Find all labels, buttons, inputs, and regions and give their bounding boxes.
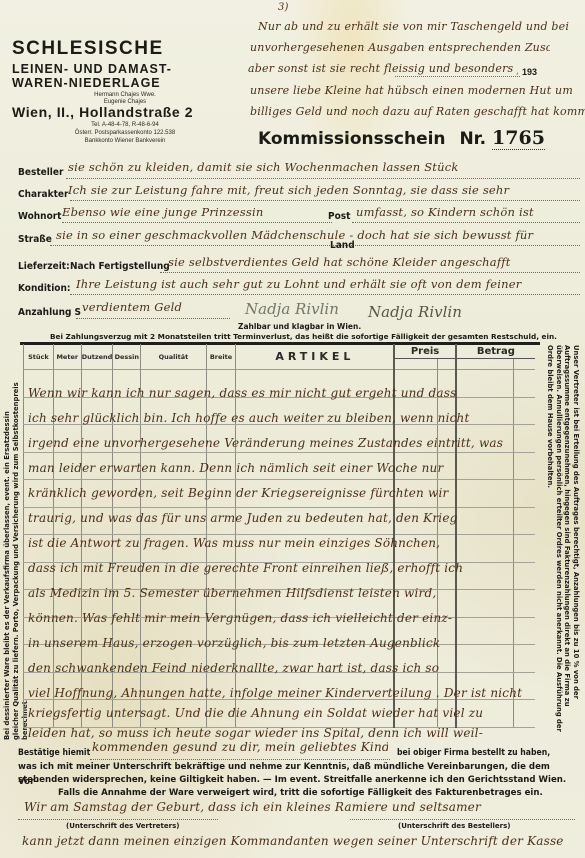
article-handwriting-line: traurig, und was das für uns arme Juden … xyxy=(28,511,533,525)
besteller-label: Besteller xyxy=(18,167,63,178)
lieferzeit-label: Lieferzeit: xyxy=(18,261,70,272)
col-header-meter: Meter xyxy=(53,344,81,370)
post-label: Post xyxy=(328,211,350,222)
strasse-line xyxy=(50,245,580,246)
article-handwriting-line: können. Was fehlt mir mein Vergnügen, da… xyxy=(28,611,533,625)
col-header-breite: Breite xyxy=(206,344,236,370)
col-header-preis: Preis xyxy=(394,344,455,359)
article-handwriting-line: dass ich mit Freuden in die gerechte Fro… xyxy=(28,561,533,575)
lieferzeit-line xyxy=(160,272,580,273)
wohnort-label: Wohnort xyxy=(18,211,62,222)
company-name: SCHLESISCHE xyxy=(12,38,164,60)
handwriting-line: unsere liebe Kleine hat hübsch einen mod… xyxy=(250,84,580,97)
company-address: Wien, II., Hollandstraße 2 xyxy=(12,104,193,120)
article-handwriting-line: leiden hat, so muss ich heute sogar wied… xyxy=(28,726,533,740)
bestatige-value: kommenden gesund zu dir, mein geliebtes … xyxy=(92,740,388,754)
caption-vertreter: (Unterschrift des Vertreters) xyxy=(66,822,179,830)
company-subtitle-2: WAREN-NIEDERLAGE xyxy=(12,76,161,90)
land-label: Land xyxy=(330,240,355,251)
form-title: Kommissionsschein Nr. 1765 xyxy=(258,127,545,149)
right-side-note: Unser Vertreter ist bei Erteilung des Au… xyxy=(546,345,580,735)
form-number-label: Nr. xyxy=(459,129,486,149)
kondition-line xyxy=(70,294,580,295)
handwriting-line: aber sonst ist sie recht fleissig und be… xyxy=(248,62,518,75)
signature: Nadja Rivlin xyxy=(368,303,462,321)
lieferzeit-value: Nach Fertigstellung xyxy=(70,261,170,272)
article-handwriting-line: ist die Antwort zu fragen. Was muss nur … xyxy=(28,536,533,550)
preis-sub-cents xyxy=(438,359,456,370)
besteller-signature-line xyxy=(350,819,575,820)
footer-handwriting-1: Wir am Samstag der Geburt, dass ich ein … xyxy=(24,800,580,814)
col-header-dessin: Dessin xyxy=(113,344,141,370)
col-header-qualitaet: Qualität xyxy=(141,344,206,370)
article-handwriting-line: irgend eine unvorhergesehene Veränderung… xyxy=(28,436,533,450)
post-value: umfasst, so Kindern schön ist xyxy=(356,205,580,219)
date-year-prefix: 193 xyxy=(522,67,537,77)
kondition-label: Kondition: xyxy=(18,283,70,294)
zahlbar-notice: Zahlbar und klagbar in Wien. xyxy=(238,322,361,331)
lieferzeit-note: sie selbstverdientes Geld hat schöne Kle… xyxy=(168,255,580,269)
wohnort-line xyxy=(62,222,332,223)
article-handwriting-line: in unserem Haus, erzogen vorzüglich, bis… xyxy=(28,636,533,650)
article-handwriting-line: kränklich geworden, seit Beginn der Krie… xyxy=(28,486,533,500)
article-handwriting-line: als Medizin im 5. Semester übernehmen Hi… xyxy=(28,586,533,600)
post-line xyxy=(352,222,580,223)
company-subtitle-1: LEINEN- UND DAMAST- xyxy=(12,62,172,76)
footer-handwriting-2: kann jetzt dann meinen einzigen Kommanda… xyxy=(22,834,578,848)
page-number: 3) xyxy=(278,2,289,13)
date-line xyxy=(395,76,520,77)
charakter-label: Charakter xyxy=(18,189,68,200)
verzug-notice: Bei Zahlungsverzug mit 2 Monatsteilen tr… xyxy=(50,332,557,341)
besteller-line xyxy=(66,178,580,179)
anzahlung-value: verdientem Geld xyxy=(82,300,230,314)
charakter-value: Ich sie zur Leistung fahre mit, freut si… xyxy=(68,183,580,197)
handwriting-line: billiges Geld und noch dazu auf Raten ge… xyxy=(250,105,585,118)
col-header-dutzend: Dutzend xyxy=(81,344,113,370)
handwriting-line: Nur ab und zu erhält sie von mir Taschen… xyxy=(258,20,578,33)
article-handwriting-line: ich sehr glücklich bin. Ich hoffe es auc… xyxy=(28,411,533,425)
bestatige-tail: bei obiger Firma bestellt zu haben, xyxy=(397,748,550,758)
anzahlung-line xyxy=(76,318,230,319)
article-handwriting-line: Wenn wir kann ich nur sagen, dass es mir… xyxy=(28,386,533,400)
handwriting-line: unvorhergesehenen Ausgaben entsprechende… xyxy=(250,41,550,54)
charakter-line xyxy=(70,200,580,201)
caption-besteller: (Unterschrift des Bestellers) xyxy=(398,822,510,830)
footer-terms-3: Falls die Annahme der Ware verweigert wi… xyxy=(58,786,585,801)
col-header-stueck: Stück xyxy=(24,344,54,370)
owner-1: Hermann Chajes Wwe. xyxy=(40,92,210,98)
betrag-sub xyxy=(456,359,513,370)
vertreter-signature-line xyxy=(18,819,218,820)
preis-sub xyxy=(394,359,438,370)
anzahlung-label: Anzahlung S xyxy=(18,307,81,318)
col-header-betrag: Betrag xyxy=(456,344,535,359)
form-number: 1765 xyxy=(492,127,545,150)
strasse-value: sie in so einer geschmackvollen Mädchens… xyxy=(56,228,580,242)
wohnort-value: Ebenso wie eine junge Prinzessin xyxy=(62,205,327,219)
col-header-artikel: ARTIKEL xyxy=(236,344,394,370)
signature-stamp: Nadja Rivlin xyxy=(245,300,339,318)
company-postal-account: Österr. Postsparkassenkonto 122.538 xyxy=(40,130,210,136)
company-phone: Tel. A-48-4-78, R-48-6-94 xyxy=(40,122,210,128)
article-handwriting-line: kriegsfertig untersagt. Und die die Ahnu… xyxy=(28,706,533,720)
besteller-value: sie schön zu kleiden, damit sie sich Woc… xyxy=(68,160,580,174)
form-title-text: Kommissionsschein xyxy=(258,129,446,149)
article-handwriting-line: viel Hoffnung, Ahnungen hatte, infolge m… xyxy=(28,686,533,700)
article-handwriting-line: den schwankenden Feind niederknallte, zw… xyxy=(28,661,533,675)
company-bank: Bankkonto Wiener Bankverein xyxy=(40,138,210,144)
kondition-value: Ihre Leistung ist auch sehr gut zu Lohnt… xyxy=(76,277,580,291)
article-handwriting-line: man leider erwarten kann. Denn ich nämli… xyxy=(28,461,533,475)
strasse-label: Straße xyxy=(18,234,52,245)
bestatige-label: Bestätige hiemit xyxy=(18,748,90,758)
betrag-sub-cents xyxy=(513,359,535,370)
